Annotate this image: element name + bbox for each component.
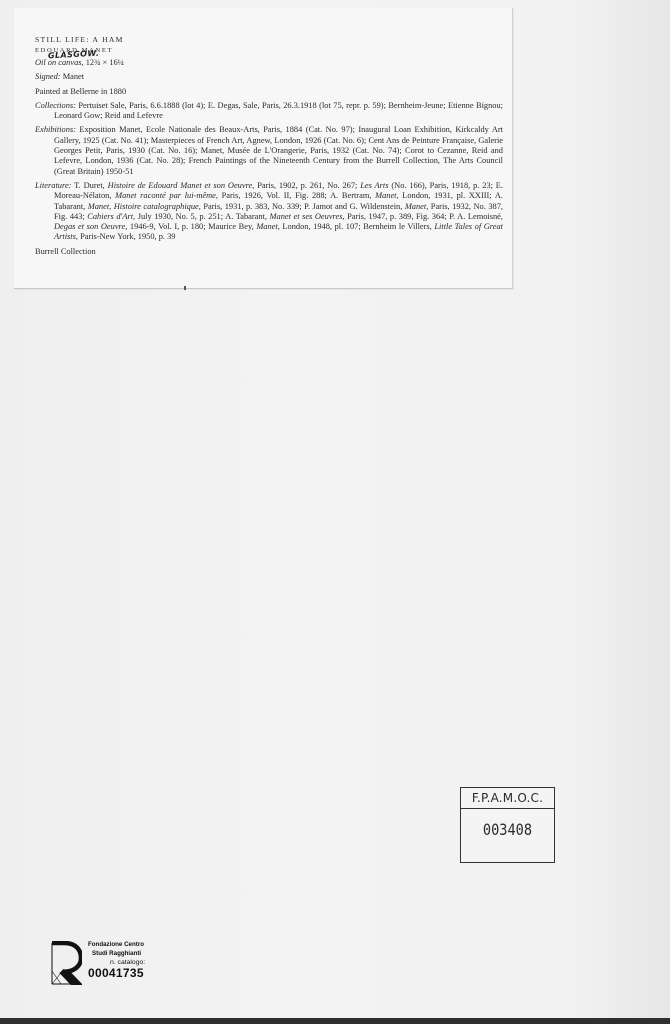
artwork-title: STILL LIFE: A HAM	[35, 35, 503, 45]
catalog-card: STILL LIFE: A HAM EDOUARD MANET Glasgow.…	[14, 8, 513, 289]
literature-citation: , 1946-9, Vol. I, p. 180; Maurice Bey,	[125, 222, 256, 231]
exhibitions-label: Exhibitions:	[35, 125, 76, 134]
literature-title: Manet, Histoire catalographique	[88, 202, 199, 211]
collections-text: Pertuiset Sale, Paris, 6.6.1888 (lot 4);…	[54, 101, 503, 120]
literature-citation: T. Duret,	[74, 181, 107, 190]
literature-title: Manet et ses Oeuvres	[270, 212, 343, 221]
medium-dimensions: 12¾ × 16¼	[86, 58, 124, 67]
artist-name: EDOUARD MANET Glasgow.	[35, 46, 503, 55]
literature-label: Literature:	[35, 181, 71, 190]
literature-text: T. Duret, Histoire de Edouard Manet et s…	[54, 181, 503, 241]
card-edge-mark	[184, 286, 186, 290]
literature-title: Manet raconté par lui-même	[115, 191, 216, 200]
signed-line: Signed: Manet	[35, 72, 503, 82]
literature-citation: , July 1930, No. 5, p. 251; A. Tabarant,	[133, 212, 269, 221]
literature-citation: , Paris-New York, 1950, p. 39	[76, 232, 176, 241]
archive-label: Fondazione Centro Studi Ragghianti n. ca…	[50, 940, 180, 990]
exhibitions-text: Exposition Manet, Ecole Nationale des Be…	[54, 125, 503, 175]
signed-label: Signed:	[35, 72, 61, 81]
stamp-number: 003408	[468, 820, 547, 839]
collections-label: Collections:	[35, 101, 76, 110]
literature-citation: , Paris, 1947, p. 389, Fig. 364; P. A. L…	[342, 212, 503, 221]
painted-line: Painted at Bellerne in 1880	[35, 87, 503, 97]
stamp-header: F.P.A.M.O.C.	[461, 788, 554, 809]
literature-title: Manet	[405, 202, 426, 211]
literature-title: Cahiers d'Art	[87, 212, 133, 221]
literature-entry: Literature: T. Duret, Histoire de Edouar…	[35, 181, 503, 243]
fpamoc-stamp: F.P.A.M.O.C. 003408	[460, 787, 555, 863]
literature-citation: , Paris, 1926, Vol. II, Fig. 288; A. Ber…	[216, 191, 375, 200]
literature-title: Manet	[375, 191, 396, 200]
signed-value: Manet	[63, 72, 84, 81]
literature-citation: , Paris, 1931, p. 383, No. 339; P. Jamot…	[199, 202, 405, 211]
exhibitions-entry: Exhibitions: Exposition Manet, Ecole Nat…	[35, 125, 503, 176]
scan-bottom-edge	[0, 1018, 670, 1024]
literature-title: Degas et son Oeuvre	[54, 222, 125, 231]
literature-title: Histoire de Edouard Manet et son Oeuvre	[108, 181, 253, 190]
catalog-number: 00041735	[88, 967, 180, 980]
foundation-name-line1: Fondazione Centro	[88, 941, 180, 950]
owner-collection: Burrell Collection	[35, 247, 503, 257]
literature-title: Les Arts	[360, 181, 388, 190]
literature-citation: , Paris, 1902, p. 261, No. 267;	[252, 181, 360, 190]
medium-line: Oil on canvas, 12¾ × 16¼	[35, 58, 503, 68]
archive-label-text: Fondazione Centro Studi Ragghianti n. ca…	[88, 941, 180, 980]
foundation-name-line2: Studi Ragghianti	[88, 950, 180, 959]
literature-title: Manet	[256, 222, 277, 231]
ragghianti-r-logo-icon	[50, 941, 82, 985]
card-content: STILL LIFE: A HAM EDOUARD MANET Glasgow.…	[35, 35, 503, 257]
literature-citation: , London, 1948, pl. 107; Bernheim le Vil…	[278, 222, 435, 231]
collections-entry: Collections: Pertuiset Sale, Paris, 6.6.…	[35, 101, 503, 122]
